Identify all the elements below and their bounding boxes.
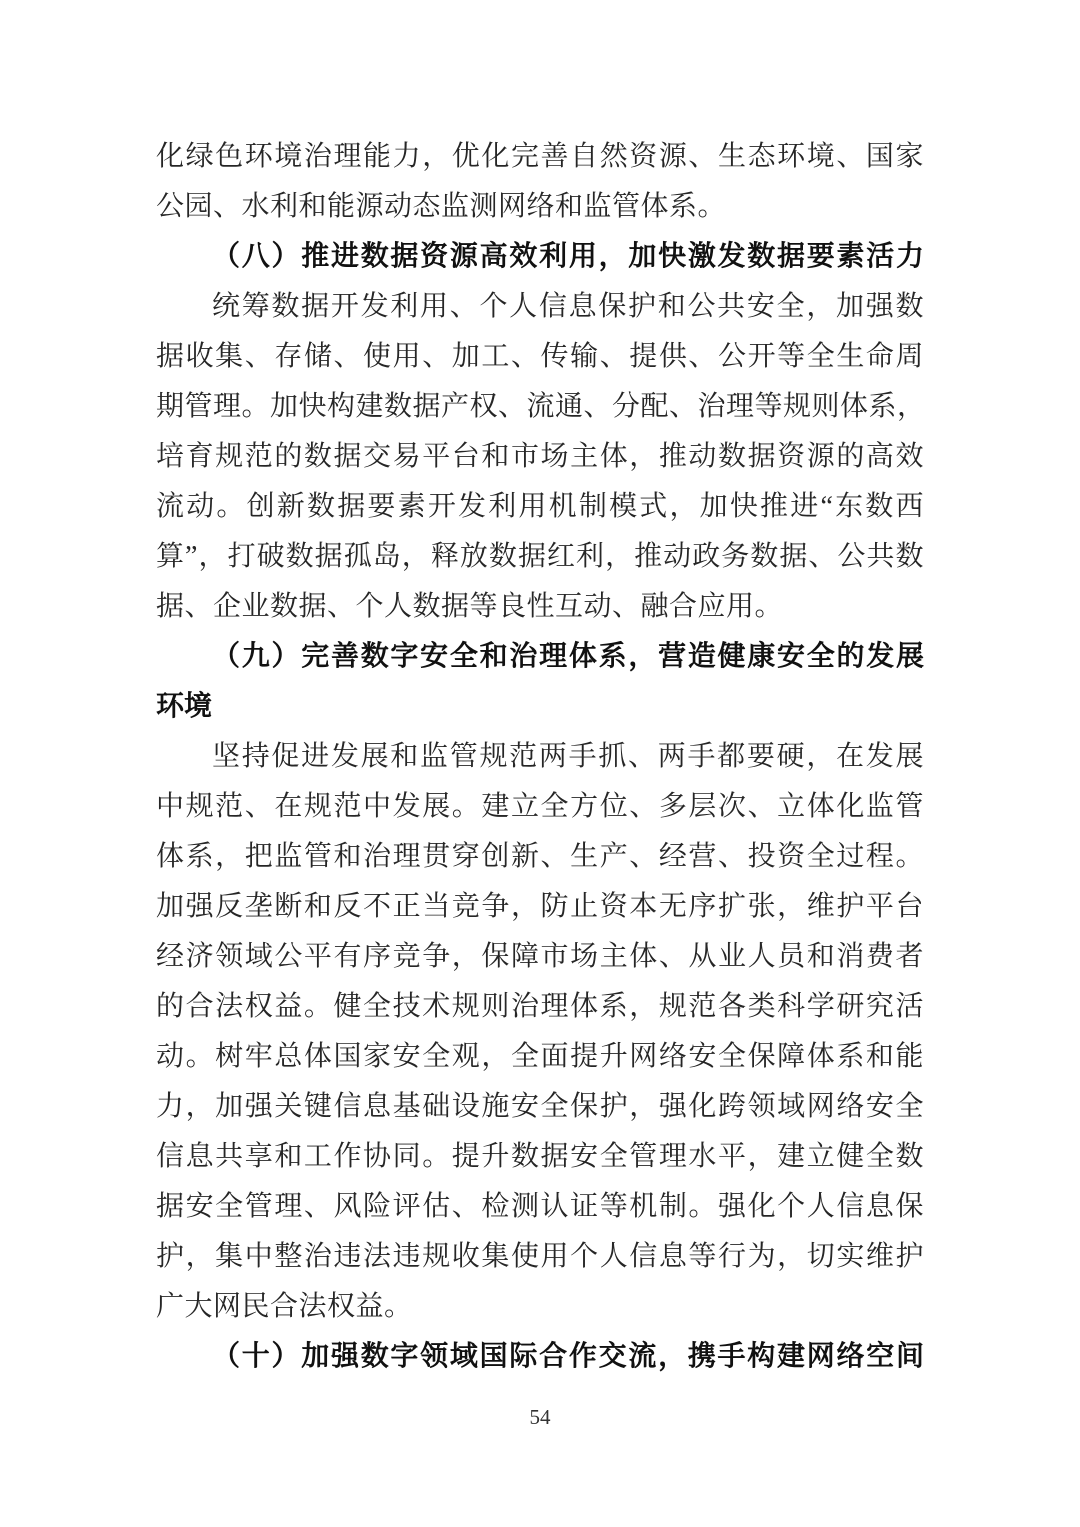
body-text-line: 的合法权益。健全技术规则治理体系，规范各类科学研究活 [156,982,924,1032]
body-text-line: 护，集中整治违法违规收集使用个人信息等行为，切实维护 [156,1232,924,1282]
document-page: 化绿色环境治理能力，优化完善自然资源、生态环境、国家 公园、水利和能源动态监测网… [0,0,1080,1527]
body-text-line: 动。树牢总体国家安全观，全面提升网络安全保障体系和能 [156,1032,924,1082]
body-text-line: 公园、水利和能源动态监测网络和监管体系。 [156,182,924,232]
body-text-line: 据收集、存储、使用、加工、传输、提供、公开等全生命周 [156,332,924,382]
body-text-line: 培育规范的数据交易平台和市场主体，推动数据资源的高效 [156,432,924,482]
body-text-line: 据、企业数据、个人数据等良性互动、融合应用。 [156,582,924,632]
body-text-line: 加强反垄断和反不正当竞争，防止资本无序扩张，维护平台 [156,882,924,932]
body-text-line: 中规范、在规范中发展。建立全方位、多层次、立体化监管 [156,782,924,832]
body-text-line: 广大网民合法权益。 [156,1282,924,1332]
body-text-line: 体系，把监管和治理贯穿创新、生产、经营、投资全过程。 [156,832,924,882]
body-text-line: 经济领域公平有序竞争，保障市场主体、从业人员和消费者 [156,932,924,982]
section-heading-9-continued: 环境 [156,682,924,732]
body-text-line: 流动。创新数据要素开发利用机制模式，加快推进“东数西 [156,482,924,532]
body-text-line: 期管理。加快构建数据产权、流通、分配、治理等规则体系， [156,382,924,432]
body-text-line: 化绿色环境治理能力，优化完善自然资源、生态环境、国家 [156,132,924,182]
body-text-line: 力，加强关键信息基础设施安全保护，强化跨领域网络安全 [156,1082,924,1132]
body-text-line: 算”，打破数据孤岛，释放数据红利，推动政务数据、公共数 [156,532,924,582]
page-number: 54 [0,1402,1080,1432]
page-body-text: 化绿色环境治理能力，优化完善自然资源、生态环境、国家 公园、水利和能源动态监测网… [156,132,924,1382]
body-text-line: 统筹数据开发利用、个人信息保护和公共安全，加强数 [156,282,924,332]
body-text-line: 信息共享和工作协同。提升数据安全管理水平，建立健全数 [156,1132,924,1182]
section-heading-8: （八）推进数据资源高效利用，加快激发数据要素活力 [156,232,924,282]
section-heading-10: （十）加强数字领域国际合作交流，携手构建网络空间 [156,1332,924,1382]
body-text-line: 坚持促进发展和监管规范两手抓、两手都要硬，在发展 [156,732,924,782]
body-text-line: 据安全管理、风险评估、检测认证等机制。强化个人信息保 [156,1182,924,1232]
section-heading-9: （九）完善数字安全和治理体系，营造健康安全的发展 [156,632,924,682]
